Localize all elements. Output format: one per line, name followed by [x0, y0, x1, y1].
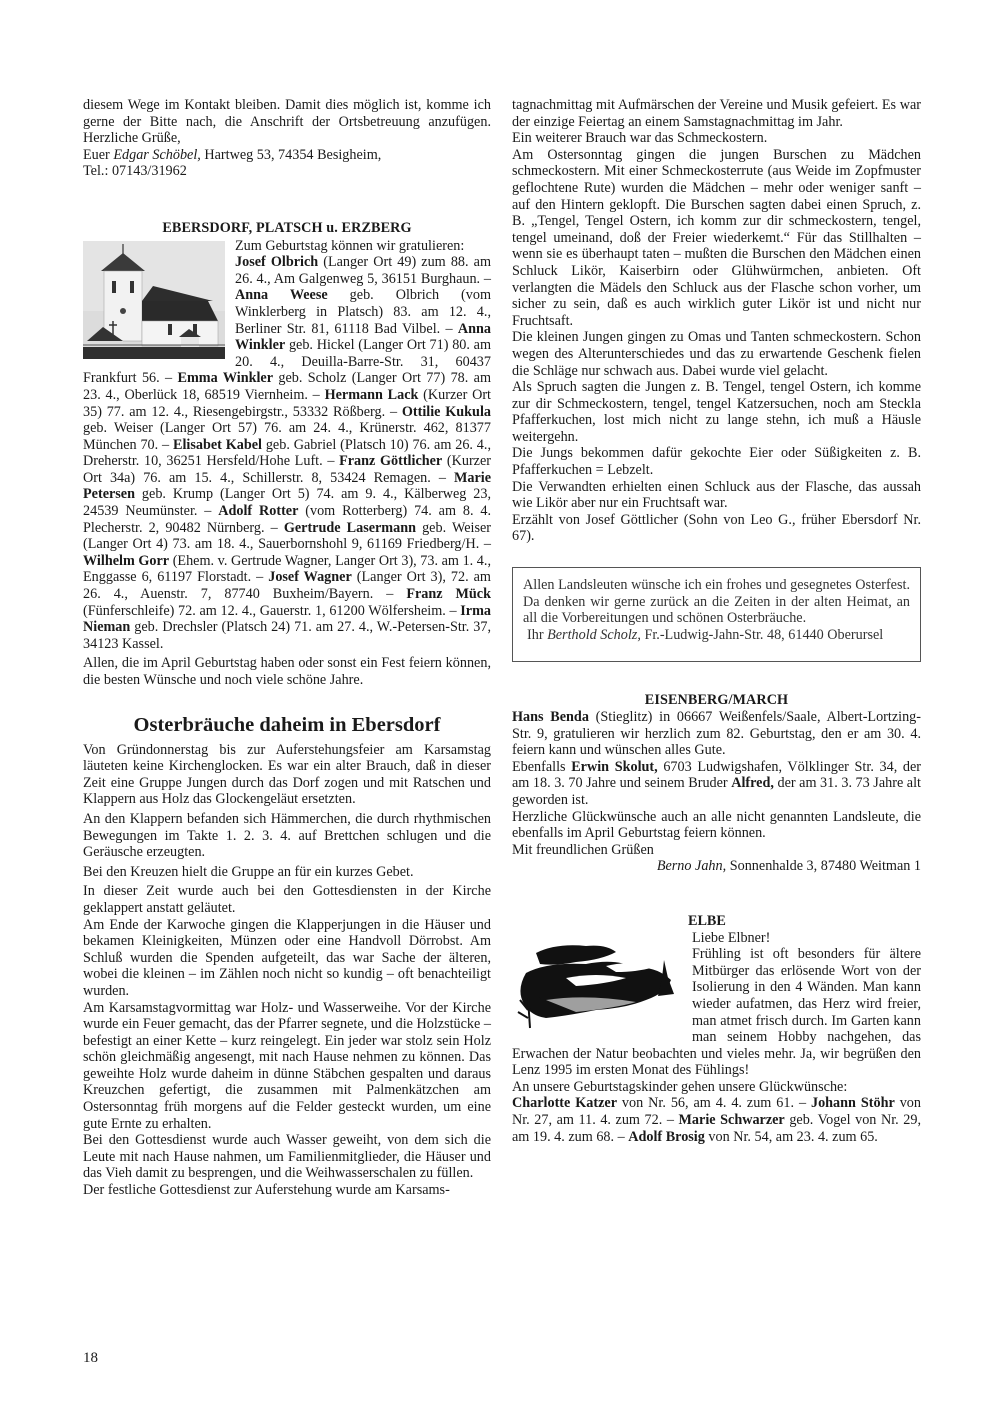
- church-photo: [83, 241, 225, 359]
- phone: Tel.: 07143/31962: [83, 163, 187, 179]
- ebersdorf-section: Zum Geburtstag können wir gratulieren: J…: [83, 238, 491, 689]
- section-heading-eisenberg: EISENBERG/MARCH: [512, 692, 921, 709]
- article-body: Von Gründonnerstag bis zur Auferstehungs…: [83, 742, 491, 1199]
- left-column: diesem Wege im Kontakt bleiben. Damit di…: [83, 97, 491, 1199]
- elbe-section: ELBE Liebe Elbner! Frühling ist oft beso…: [512, 913, 921, 1145]
- signature: Berno Jahn, Sonnenhalde 3, 87480 Weitman…: [512, 858, 921, 875]
- eisenberg-section: Hans Benda (Stieglitz) in 06667 Weißenfe…: [512, 709, 921, 875]
- signoff-name: Berthold Scholz,: [547, 627, 641, 643]
- article-continuation: tagnachmittag mit Aufmärschen der Verein…: [512, 97, 921, 545]
- closing-paragraph: Allen, die im April Geburtstag haben ode…: [83, 655, 491, 688]
- easter-greeting-box: Allen Landsleuten wünsche ich ein frohes…: [512, 567, 921, 662]
- article-title: Osterbräuche daheim in Ebersdorf: [83, 713, 491, 737]
- section-heading-ebersdorf: EBERSDORF, PLATSCH u. ERZBERG: [83, 220, 491, 237]
- intro-paragraph: diesem Wege im Kontakt bleiben. Damit di…: [83, 97, 491, 180]
- landscape-drawing: [506, 938, 686, 1033]
- church-icon: [83, 241, 225, 359]
- page-number: 18: [83, 1350, 98, 1367]
- section-heading-elbe: ELBE: [512, 913, 921, 930]
- right-column: tagnachmittag mit Aufmärschen der Verein…: [512, 97, 921, 1145]
- elbe-birthday-list: Charlotte Katzer von Nr. 56, am 4. 4. zu…: [512, 1095, 921, 1145]
- signoff-name: Edgar Schöbel,: [113, 147, 200, 163]
- landscape-icon: [506, 938, 686, 1033]
